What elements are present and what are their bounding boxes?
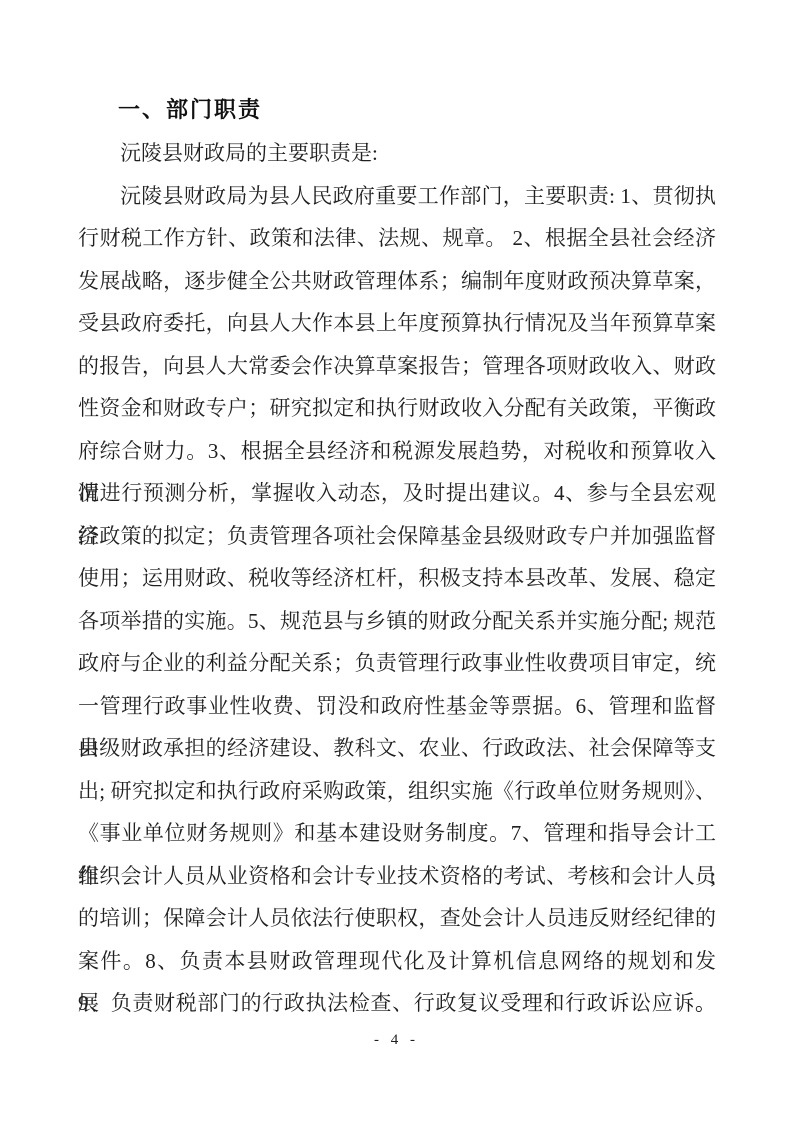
body-line: 各项举措的实施。5、规范县与乡镇的财政分配关系并实施分配; 规范: [78, 600, 716, 643]
body-line: 性资金和财政专户；研究拟定和执行财政收入分配有关政策，平衡政: [78, 387, 716, 430]
body-line: 沅陵县财政局为县人民政府重要工作部门，主要职责: 1、贯彻执: [78, 175, 716, 218]
body-line: 府综合财力。3、根据全县经济和税源发展趋势，对税收和预算收入情: [78, 430, 716, 473]
body-line: 出; 研究拟定和执行政府采购政策，组织实施《行政单位财务规则》、: [78, 770, 716, 813]
body-line: 一管理行政事业性收费、罚没和政府性基金等票据。6、管理和监督由: [78, 685, 716, 728]
body-line: 县级财政承担的经济建设、教科文、农业、行政政法、社会保障等支: [78, 727, 716, 770]
section-heading: 一、部门职责: [78, 88, 716, 132]
document-body: 一、部门职责 沅陵县财政局的主要职责是: 沅陵县财政局为县人民政府重要工作部门，…: [78, 88, 716, 1025]
body-line: 案件。8、负责本县财政管理现代化及计算机信息网络的规划和发展。: [78, 940, 716, 983]
body-line: 况进行预测分析，掌握收入动态，及时提出建议。4、参与全县宏观经: [78, 472, 716, 515]
body-line: 济政策的拟定；负责管理各项社会保障基金县级财政专户并加强监督: [78, 515, 716, 558]
body-line: 的报告，向县人大常委会作决算草案报告；管理各项财政收入、财政: [78, 345, 716, 388]
page-number: - 4 -: [0, 1032, 793, 1049]
body-line: 沅陵县财政局的主要职责是:: [78, 132, 716, 175]
body-line: 受县政府委托，向县人大作本县上年度预算执行情况及当年预算草案: [78, 302, 716, 345]
body-line: 组织会计人员从业资格和会计专业技术资格的考试、考核和会计人员: [78, 855, 716, 898]
body-line: 发展战略，逐步健全公共财政管理体系；编制年度财政预决算草案，: [78, 260, 716, 303]
body-line: 行财税工作方针、政策和法律、法规、规章。 2、根据全县社会经济: [78, 217, 716, 260]
body-line: 《事业单位财务规则》和基本建设财务制度。7、管理和指导会计工作;: [78, 812, 716, 855]
body-line: 9、负责财税部门的行政执法检查、行政复议受理和行政诉讼应诉。: [78, 982, 716, 1025]
document-page: 一、部门职责 沅陵县财政局的主要职责是: 沅陵县财政局为县人民政府重要工作部门，…: [0, 0, 793, 1122]
body-line: 的培训；保障会计人员依法行使职权，查处会计人员违反财经纪律的: [78, 897, 716, 940]
body-line: 政府与企业的利益分配关系；负责管理行政事业性收费项目审定，统: [78, 642, 716, 685]
body-line: 使用；运用财政、税收等经济杠杆，积极支持本县改革、发展、稳定: [78, 557, 716, 600]
